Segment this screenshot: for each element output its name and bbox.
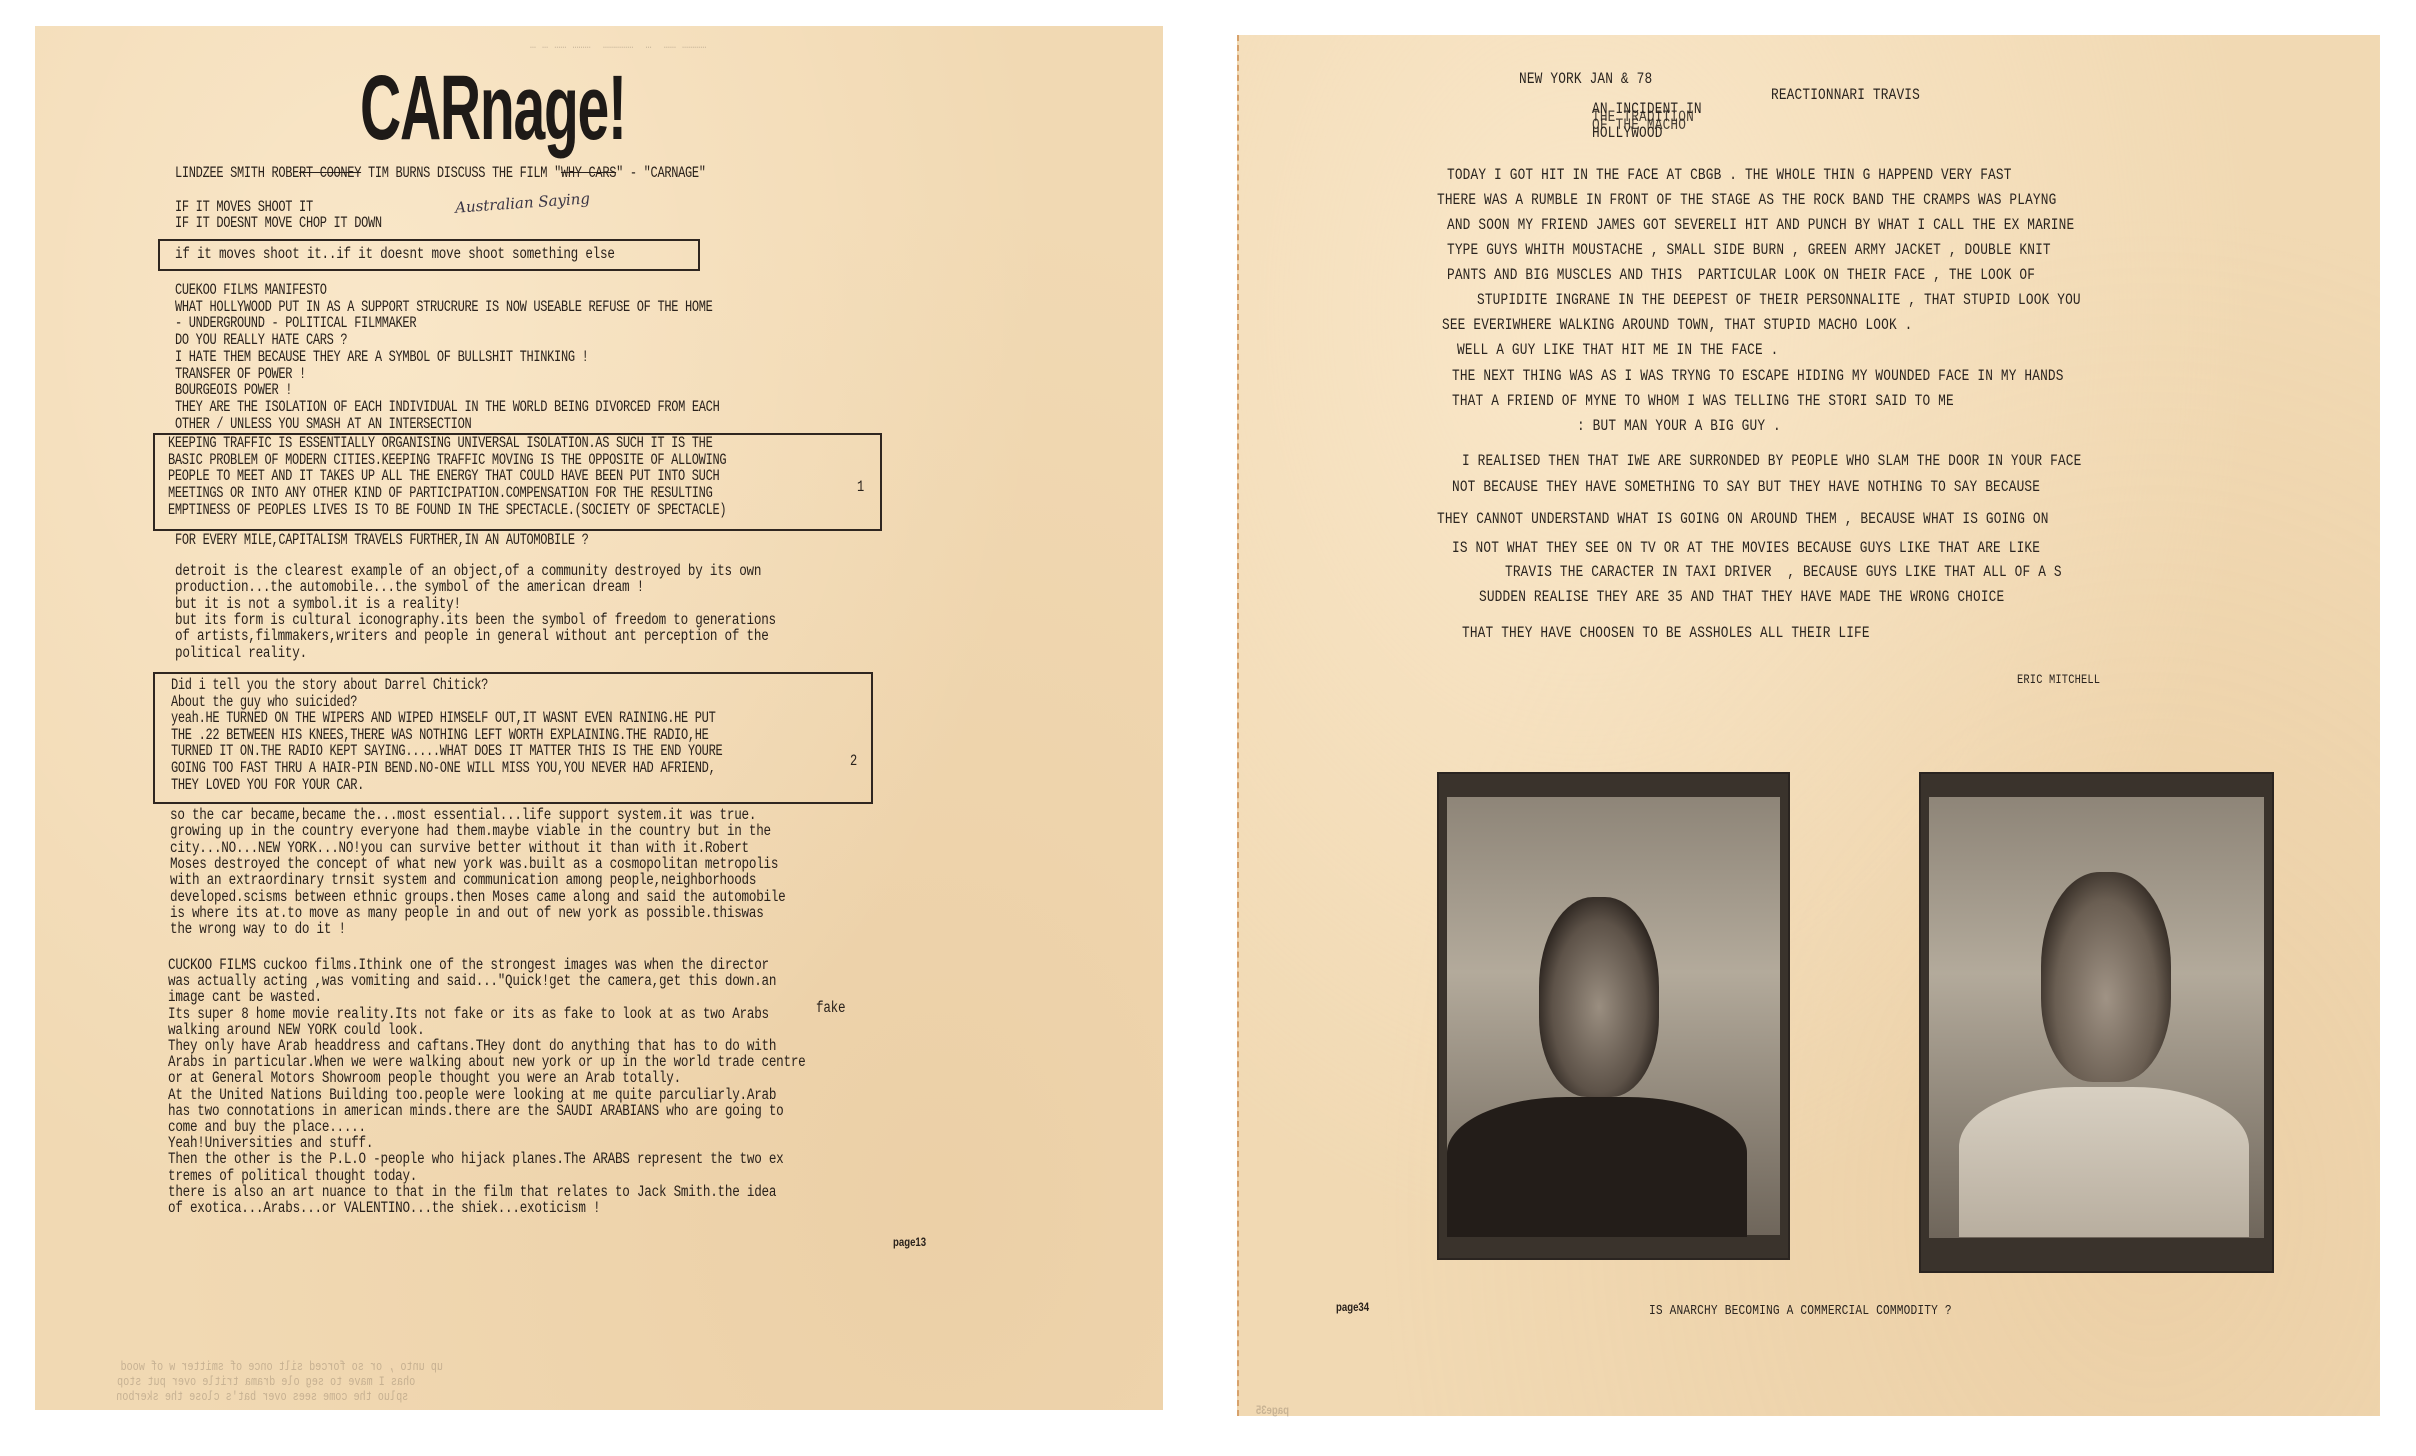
detroit-line: production...the automobile...the symbol… [175, 580, 644, 596]
box1-line: EMPTINESS OF PEOPLES LIVES IS TO BE FOUN… [168, 503, 726, 518]
byline: LINDZEE SMITH ROBERT COONEY TIM BURNS DI… [175, 166, 706, 181]
page-number-34: page34 [1336, 1300, 1369, 1314]
article-line: THAT THEY HAVE CHOOSEN TO BE ASSHOLES AL… [1462, 625, 1870, 641]
overtyped-4: HOLLYWOOD [1592, 125, 1663, 141]
capitalism-line: FOR EVERY MILE,CAPITALISM TRAVELS FURTHE… [175, 533, 589, 548]
car-line: so the car became,became the...most esse… [170, 808, 756, 824]
manifesto-line: DO YOU REALLY HATE CARS ? [175, 333, 347, 348]
article-line: TRAVIS THE CARACTER IN TAXI DRIVER , BEC… [1505, 564, 2062, 580]
box2-line: THE .22 BETWEEN HIS KNEES,THERE WAS NOTH… [171, 728, 709, 743]
detroit-line: of artists,filmmakers,writers and people… [175, 629, 769, 645]
manifesto-line: THEY ARE THE ISOLATION OF EACH INDIVIDUA… [175, 400, 719, 415]
bleed-page-number: page35 [1256, 1403, 1289, 1417]
article-line: TYPE GUYS WHITH MOUSTACHE , SMALL SIDE B… [1447, 242, 2051, 258]
manifesto-line: - UNDERGROUND - POLITICAL FILMMAKER [175, 316, 416, 331]
bleed-through-top: ………… …… … …………… ……… …… … … [530, 38, 706, 52]
box1-line: MEETINGS OR INTO ANY OTHER KIND OF PARTI… [168, 486, 712, 501]
box2-line: Did i tell you the story about Darrel Ch… [171, 678, 488, 693]
box1-marker: 1 [857, 480, 864, 495]
bleed-through-line: spluo the come sees over bat's close the… [116, 1390, 408, 1404]
boxed-saying: if it moves shoot it..if it doesnt move … [175, 247, 615, 263]
page-number-13: page13 [893, 1235, 926, 1249]
manifesto-line: CUEKOO FILMS MANIFESTO [175, 283, 327, 298]
manifesto-line: I HATE THEM BECAUSE THEY ARE A SYMBOL OF… [175, 350, 589, 365]
car-line: the wrong way to do it ! [170, 922, 346, 938]
article-line: NOT BECAUSE THEY HAVE SOMETHING TO SAY B… [1452, 479, 2040, 495]
article-line: TODAY I GOT HIT IN THE FACE AT CBGB . TH… [1447, 167, 2012, 183]
manifesto-line: WHAT HOLLYWOOD PUT IN AS A SUPPORT STRUC… [175, 300, 713, 315]
box2-line: yeah.HE TURNED ON THE WIPERS AND WIPED H… [171, 711, 715, 726]
right-page: NEW YORK JAN & 78 AN INCIDENT IN THE TRA… [1237, 35, 2380, 1416]
article-line: STUPIDITE INGRANE IN THE DEEPEST OF THEI… [1477, 292, 2081, 308]
car-line: is where its at.to move as many people i… [170, 906, 764, 922]
box2-line: THEY LOVED YOU FOR YOUR CAR. [171, 778, 364, 793]
article-line: I REALISED THEN THAT IWE ARE SURRONDED B… [1462, 453, 2081, 469]
article-line: SEE EVERIWHERE WALKING AROUND TOWN, THAT… [1442, 317, 1912, 333]
car-line: with an extraordinary trnsit system and … [170, 873, 756, 889]
box2-line: About the guy who suicided? [171, 695, 357, 710]
article-line: : BUT MAN YOUR A BIG GUY . [1577, 418, 1781, 434]
signature: ERIC MITCHELL [2017, 672, 2100, 688]
dateline: NEW YORK JAN & 78 [1519, 71, 1652, 87]
car-line: Moses destroyed the concept of what new … [170, 857, 778, 873]
article-line: THE NEXT THING WAS AS I WAS TRYNG TO ESC… [1452, 368, 2064, 384]
article-line: THERE WAS A RUMBLE IN FRONT OF THE STAGE… [1437, 192, 2056, 208]
box2-line: TURNED IT ON.THE RADIO KEPT SAYING.....W… [171, 744, 722, 759]
detroit-line: but it is not a symbol.it is a reality! [175, 597, 461, 613]
footer-question: IS ANARCHY BECOMING A COMMERCIAL COMMODI… [1649, 1303, 1952, 1319]
saying-line-2: IF IT DOESNT MOVE CHOP IT DOWN [175, 216, 382, 231]
manifesto-line: OTHER / UNLESS YOU SMASH AT AN INTERSECT… [175, 417, 471, 432]
car-line: city...NO...NEW YORK...NO!you can surviv… [170, 841, 749, 857]
manifesto-line: TRANSFER OF POWER ! [175, 367, 306, 382]
box2-line: GOING TOO FAST THRU A HAIR-PIN BEND.NO-O… [171, 761, 715, 776]
fake-insert: fake [816, 1001, 845, 1017]
headline: REACTIONNARI TRAVIS [1771, 87, 1920, 103]
detroit-line: detroit is the clearest example of an ob… [175, 564, 761, 580]
box2-marker: 2 [850, 754, 857, 769]
article-line: WELL A GUY LIKE THAT HIT ME IN THE FACE … [1457, 342, 1779, 358]
manifesto-line: BOURGEOIS POWER ! [175, 383, 292, 398]
handwritten-note: Australian Saying [455, 189, 591, 216]
box1-line: PEOPLE TO MEET AND IT TAKES UP ALL THE E… [168, 469, 719, 484]
cuckoo-line: of exotica...Arabs...or VALENTINO...the … [168, 1201, 600, 1217]
detroit-line: political reality. [175, 646, 307, 662]
detroit-line: but its form is cultural iconography.its… [175, 613, 776, 629]
left-page: ………… …… … …………… ……… …… … … CARnage! LIND… [35, 26, 1163, 1410]
article-line: PANTS AND BIG MUSCLES AND THIS PARTICULA… [1447, 267, 2035, 283]
article-line: AND SOON MY FRIEND JAMES GOT SEVERELI HI… [1447, 217, 2074, 233]
car-line: growing up in the country everyone had t… [170, 824, 771, 840]
box1-line: BASIC PROBLEM OF MODERN CITIES.KEEPING T… [168, 453, 726, 468]
car-line: developed.scisms between ethnic groups.t… [170, 890, 786, 906]
article-line: SUDDEN REALISE THEY ARE 35 AND THAT THEY… [1479, 589, 2004, 605]
page-title: CARnage! [360, 62, 626, 154]
photo-left [1437, 772, 1790, 1260]
article-line: THEY CANNOT UNDERSTAND WHAT IS GOING ON … [1437, 511, 2049, 527]
box1-line: KEEPING TRAFFIC IS ESSENTIALLY ORGANISIN… [168, 436, 712, 451]
article-line: IS NOT WHAT THEY SEE ON TV OR AT THE MOV… [1452, 540, 2040, 556]
bleed-through-line: ohas I mave to seg ole drama tritle over… [117, 1375, 415, 1389]
bleed-through-line: up unto , or so forced silt once of smit… [120, 1360, 443, 1374]
photo-right [1919, 772, 2274, 1273]
article-line: THAT A FRIEND OF MYNE TO WHOM I WAS TELL… [1452, 393, 1954, 409]
